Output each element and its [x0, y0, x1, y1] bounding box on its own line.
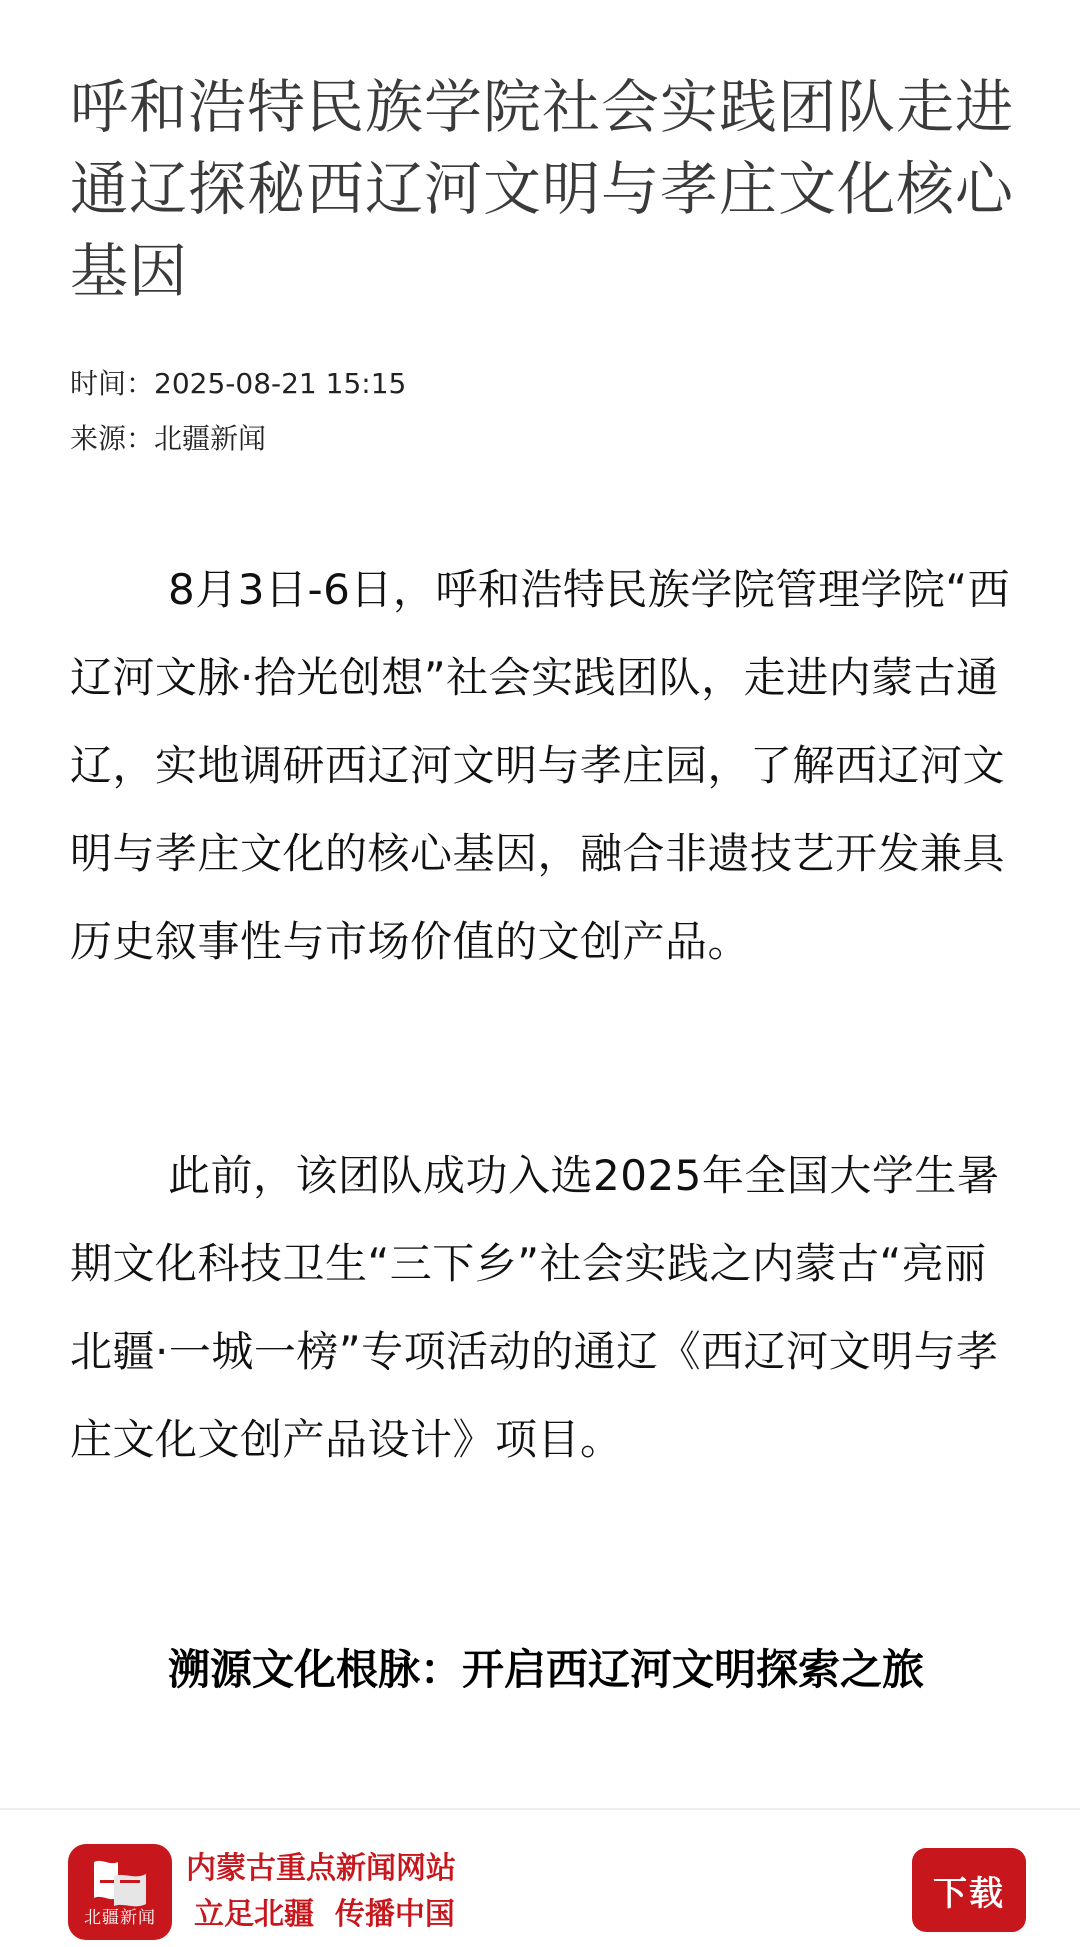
app-download-banner: 北疆新闻 内蒙古重点新闻网站 立足北疆 传播中国 下载 [0, 1808, 1080, 1947]
time-value: 2025-08-21 15:15 [154, 367, 406, 400]
source-label: 来源： [70, 422, 154, 455]
section-heading: 溯源文化根脉：开启西辽河文明探索之旅 [70, 1626, 1015, 1714]
flag-logo-icon [90, 1858, 150, 1908]
slogan-line-1: 内蒙古重点新闻网站 [186, 1846, 456, 1892]
time-label: 时间： [70, 367, 154, 400]
publish-time: 时间：2025-08-21 15:15 [70, 356, 406, 411]
article-title: 呼和浩特民族学院社会实践团队走进通辽探秘西辽河文明与孝庄文化核心基因 [70, 66, 1015, 312]
slogan-line-2: 立足北疆 传播中国 [186, 1892, 456, 1938]
article-meta: 时间：2025-08-21 15:15 来源：北疆新闻 [70, 356, 406, 466]
download-button[interactable]: 下载 [912, 1848, 1026, 1932]
slogan: 内蒙古重点新闻网站 立足北疆 传播中国 [186, 1846, 456, 1938]
logo-text: 北疆新闻 [68, 1903, 172, 1928]
paragraph: 此前，该团队成功入选2025年全国大学生暑期文化科技卫生“三下乡”社会实践之内蒙… [70, 1132, 1015, 1484]
app-logo[interactable]: 北疆新闻 [68, 1844, 172, 1940]
source-value: 北疆新闻 [154, 422, 266, 455]
article-source: 来源：北疆新闻 [70, 411, 406, 466]
paragraph: 8月3日-6日，呼和浩特民族学院管理学院“西辽河文脉·拾光创想”社会实践团队，走… [70, 546, 1015, 986]
